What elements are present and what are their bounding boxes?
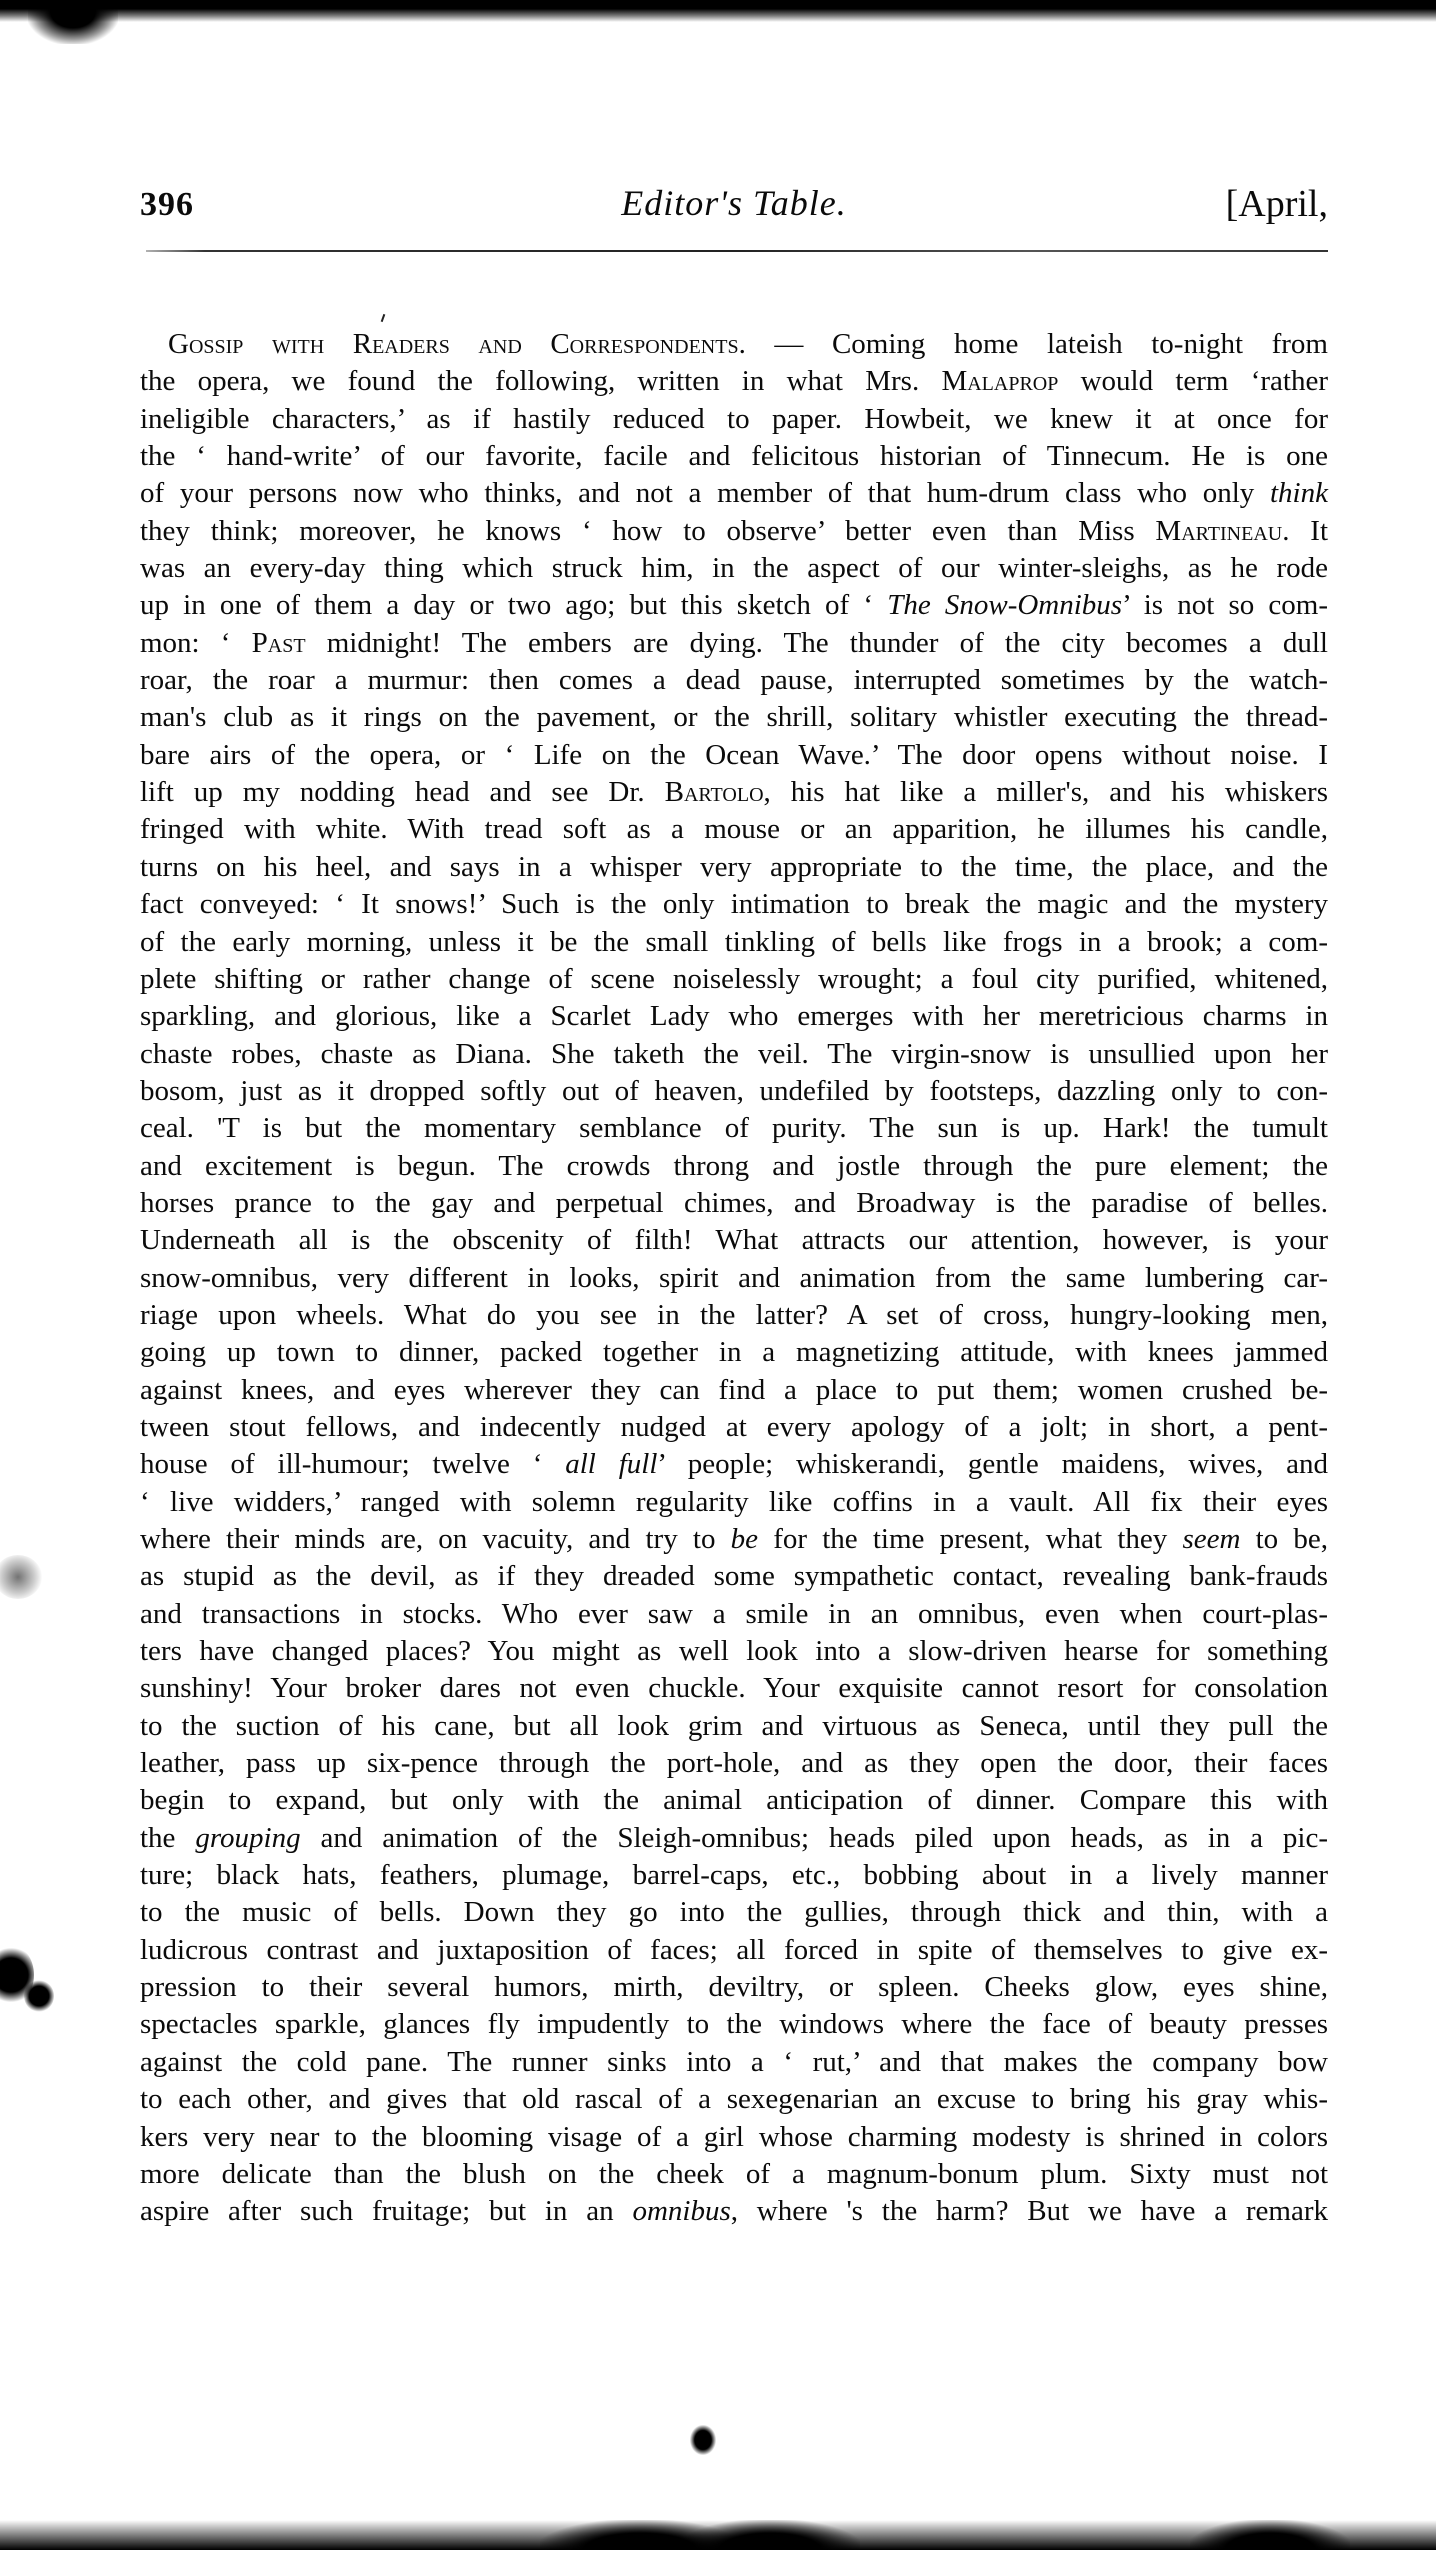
text-line: begin to expand, but only with the anima… bbox=[140, 1782, 1328, 1819]
text-line: riage upon wheels. What do you see in th… bbox=[140, 1297, 1328, 1334]
text-line: turns on his heel, and says in a whisper… bbox=[140, 849, 1328, 886]
text-line: to the suction of his cane, but all look… bbox=[140, 1708, 1328, 1745]
text-line: up in one of them a day or two ago; but … bbox=[140, 587, 1328, 624]
text-line: and transactions in stocks. Who ever saw… bbox=[140, 1596, 1328, 1633]
text-line: ceal. 'T is but the momentary semblance … bbox=[140, 1110, 1328, 1147]
text-line: they think; moreover, he knows ‘ how to … bbox=[140, 513, 1328, 550]
text-line: ludicrous contrast and juxtaposition of … bbox=[140, 1932, 1328, 1969]
italic-phrase: grouping bbox=[195, 1822, 300, 1854]
small-caps-name: Malaprop bbox=[941, 365, 1058, 397]
text-line: house of ill-humour; twelve ‘ all full’ … bbox=[140, 1446, 1328, 1483]
text-line: bare airs of the opera, or ‘ Life on the… bbox=[140, 737, 1328, 774]
text-line: of your persons now who thinks, and not … bbox=[140, 475, 1328, 512]
scan-edge-top bbox=[0, 0, 1436, 22]
text-line: snow-omnibus, very different in looks, s… bbox=[140, 1260, 1328, 1297]
text-line: tween stout fellows, and indecently nudg… bbox=[140, 1409, 1328, 1446]
italic-phrase: all full bbox=[565, 1448, 657, 1480]
text-line: against knees, and eyes wherever they ca… bbox=[140, 1372, 1328, 1409]
italic-phrase: omnibus bbox=[632, 2195, 730, 2227]
text-line: to each other, and gives that old rascal… bbox=[140, 2081, 1328, 2118]
text-line: to the music of bells. Down they go into… bbox=[140, 1894, 1328, 1931]
text-line: mon: ‘ Past midnight! The embers are dyi… bbox=[140, 625, 1328, 662]
text-line: plete shifting or rather change of scene… bbox=[140, 961, 1328, 998]
small-caps-name: Past bbox=[252, 627, 306, 659]
text-line: fact conveyed: ‘ It snows!’ Such is the … bbox=[140, 886, 1328, 923]
text-line: was an every-day thing which struck him,… bbox=[140, 550, 1328, 587]
text-line: more delicate than the blush on the chee… bbox=[140, 2156, 1328, 2193]
text-line: lift up my nodding head and see Dr. Bart… bbox=[140, 774, 1328, 811]
italic-phrase: The Snow-Omnibus bbox=[887, 589, 1122, 621]
text-line: spectacles sparkle, glances fly impudent… bbox=[140, 2006, 1328, 2043]
stray-mark bbox=[381, 314, 386, 322]
header-rule bbox=[146, 250, 1328, 252]
text-line: Gossip with Readers and Correspondents. … bbox=[140, 326, 1328, 363]
text-line: man's club as it rings on the pavement, … bbox=[140, 699, 1328, 736]
text-line: against the cold pane. The runner sinks … bbox=[140, 2044, 1328, 2081]
scan-blot-top-left bbox=[28, 4, 118, 44]
italic-phrase: seem bbox=[1182, 1523, 1240, 1555]
text-line: kers very near to the blooming visage of… bbox=[140, 2119, 1328, 2156]
text-line: chaste robes, chaste as Diana. She taket… bbox=[140, 1036, 1328, 1073]
italic-phrase: be bbox=[731, 1523, 758, 1555]
text-line: ‘ live widders,’ ranged with solemn regu… bbox=[140, 1484, 1328, 1521]
small-caps-name: Martineau bbox=[1155, 515, 1282, 547]
text-line: the grouping and animation of the Sleigh… bbox=[140, 1820, 1328, 1857]
text-line: bosom, just as it dropped softly out of … bbox=[140, 1073, 1328, 1110]
text-line: pression to their several humors, mirth,… bbox=[140, 1969, 1328, 2006]
text-line: ineligible characters,’ as if hastily re… bbox=[140, 401, 1328, 438]
text-line: horses prance to the gay and perpetual c… bbox=[140, 1185, 1328, 1222]
scan-blot-bottom bbox=[680, 2520, 860, 2550]
article-body: Gossip with Readers and Correspondents. … bbox=[140, 326, 1328, 2231]
small-caps-name: Bartolo bbox=[665, 776, 764, 808]
running-header: 396 Editor's Table. [April, bbox=[140, 178, 1328, 234]
text-line: as stupid as the devil, as if they dread… bbox=[140, 1558, 1328, 1595]
text-line: leather, pass up six-pence through the p… bbox=[140, 1745, 1328, 1782]
running-date: [April, bbox=[1226, 182, 1328, 226]
text-line: fringed with white. With tread soft as a… bbox=[140, 811, 1328, 848]
text-line: aspire after such fruitage; but in an om… bbox=[140, 2193, 1328, 2230]
text-line: going up town to dinner, packed together… bbox=[140, 1334, 1328, 1371]
margin-smudge bbox=[0, 1555, 42, 1599]
text-line: the opera, we found the following, writt… bbox=[140, 363, 1328, 400]
text-line: and excitement is begun. The crowds thro… bbox=[140, 1148, 1328, 1185]
section-heading: Gossip with Readers and Correspondents. bbox=[168, 328, 746, 360]
text-line: ture; black hats, feathers, plumage, bar… bbox=[140, 1857, 1328, 1894]
scan-blot-bottom bbox=[1190, 2520, 1350, 2550]
text-line: the ‘ hand-write’ of our favorite, facil… bbox=[140, 438, 1328, 475]
text-line: where their minds are, on vacuity, and t… bbox=[140, 1521, 1328, 1558]
text-line: Underneath all is the obscenity of filth… bbox=[140, 1222, 1328, 1259]
text-line: roar, the roar a murmur: then comes a de… bbox=[140, 662, 1328, 699]
italic-phrase: think bbox=[1270, 477, 1328, 509]
text-line: of the early morning, unless it be the s… bbox=[140, 924, 1328, 961]
margin-blot bbox=[24, 1980, 54, 2012]
text-line: sunshiny! Your broker dares not even chu… bbox=[140, 1670, 1328, 1707]
heading-dash: — bbox=[746, 328, 832, 360]
printer-ornament bbox=[690, 2425, 716, 2455]
text-line: sparkling, and glorious, like a Scarlet … bbox=[140, 998, 1328, 1035]
running-title: Editor's Table. bbox=[140, 182, 1328, 224]
text-line: ters have changed places? You might as w… bbox=[140, 1633, 1328, 1670]
